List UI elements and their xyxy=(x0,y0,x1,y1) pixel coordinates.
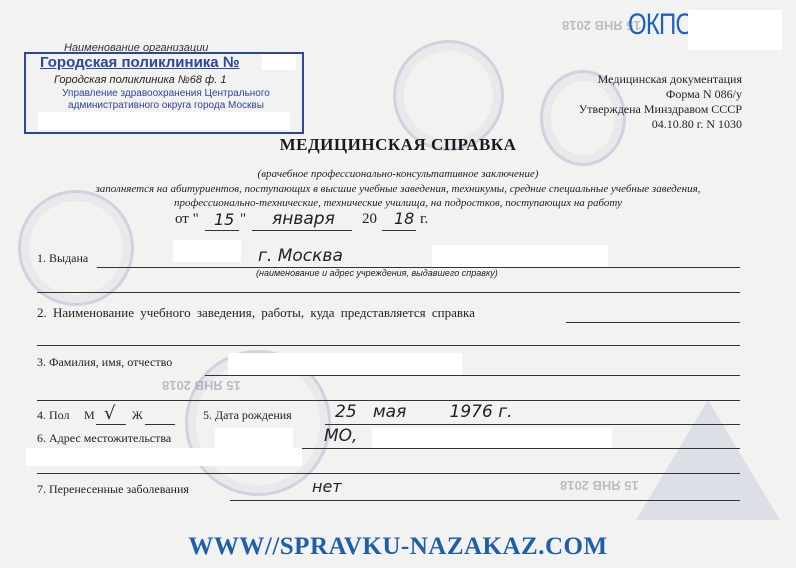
triangle-stamp xyxy=(636,400,780,520)
okpo-label: ОКПО xyxy=(628,8,693,42)
birthdate-underline xyxy=(325,424,740,425)
org-department: Управление здравоохранения Центрального … xyxy=(38,88,294,112)
purpose-line-2: профессионально-технические, технические… xyxy=(0,197,796,209)
redacted-issued-2 xyxy=(432,245,608,267)
date-year-suffix[interactable]: 18 xyxy=(394,209,414,228)
org-department-line2: административного округа города Москвы xyxy=(38,100,294,112)
sex-m-label: М xyxy=(84,408,95,423)
fullname-underline xyxy=(205,375,740,376)
form-meta-line2: Форма N 086/у xyxy=(579,87,742,102)
redacted-issued-1 xyxy=(173,240,241,262)
diseases-label: 7. Перенесенные заболевания xyxy=(37,482,189,497)
birthdate-value[interactable]: 25 мая 1976 г. xyxy=(335,402,513,422)
issued-underline-2 xyxy=(37,292,740,293)
issued-label: 1. Выдана xyxy=(37,251,88,266)
address-value[interactable]: МО, xyxy=(324,426,357,446)
redacted-address-3 xyxy=(26,448,302,466)
date-stamp-3: 15 ЯНВ 2018 xyxy=(162,378,241,393)
form-meta-line1: Медицинская документация xyxy=(579,72,742,87)
org-subtitle: Городская поликлиника №68 ф. 1 xyxy=(54,74,226,86)
institution-label: 2. Наименование учебного заведения, рабо… xyxy=(37,305,475,321)
date-year-prefix: 20 xyxy=(362,211,377,228)
date-quote-close: " xyxy=(240,211,246,228)
sex-m-checkmark[interactable]: √ xyxy=(104,403,115,424)
issued-caption: (наименование и адрес учреждения, выдавш… xyxy=(256,268,498,278)
diseases-underline xyxy=(230,500,740,501)
redacted-fullname xyxy=(228,353,462,375)
redacted-address-1 xyxy=(215,428,293,448)
date-year-underline xyxy=(382,230,416,231)
purpose-line-1: заполняется на абитуриентов, поступающих… xyxy=(0,183,796,195)
redacted-okpo xyxy=(688,10,782,50)
date-stamp-2: 15 ЯНВ 2018 xyxy=(560,478,639,493)
form-meta: Медицинская документация Форма N 086/у У… xyxy=(579,72,742,132)
document-subtitle: (врачебное профессионально-консультативн… xyxy=(0,168,796,180)
org-department-line1: Управление здравоохранения Центрального xyxy=(38,88,294,100)
redacted-org-number xyxy=(262,54,296,70)
redacted-org-address xyxy=(38,112,290,130)
org-title: Городская поликлиника № xyxy=(40,54,240,71)
address-label: 6. Адрес местожительства xyxy=(37,431,171,446)
issued-value[interactable]: г. Москва xyxy=(258,246,343,266)
form-meta-line4: 04.10.80 г. N 1030 xyxy=(579,117,742,132)
institution-underline-2 xyxy=(37,345,740,346)
sex-label: 4. Пол xyxy=(37,408,70,423)
date-day[interactable]: 15 xyxy=(214,210,234,229)
fullname-underline-2 xyxy=(37,400,740,401)
sex-f-underline xyxy=(145,424,175,425)
document-title: МЕДИЦИНСКАЯ СПРАВКА xyxy=(0,135,796,155)
institution-underline xyxy=(566,322,740,323)
date-prefix: от " xyxy=(175,211,199,228)
birthdate-label: 5. Дата рождения xyxy=(203,408,292,423)
address-underline-2 xyxy=(37,473,740,474)
fullname-label: 3. Фамилия, имя, отчество xyxy=(37,355,172,370)
diseases-value[interactable]: нет xyxy=(312,477,342,496)
sex-f-label: Ж xyxy=(132,408,143,423)
date-year-unit: г. xyxy=(420,211,428,228)
sex-m-underline xyxy=(96,424,126,425)
date-month[interactable]: января xyxy=(272,209,335,229)
redacted-address-2 xyxy=(372,428,612,448)
form-meta-line3: Утверждена Минздравом СССР xyxy=(579,102,742,117)
date-month-underline xyxy=(252,230,352,231)
watermark-url: WWW//SPRAVKU-NAZAKAZ.COM xyxy=(0,533,796,561)
date-day-underline xyxy=(205,230,239,231)
